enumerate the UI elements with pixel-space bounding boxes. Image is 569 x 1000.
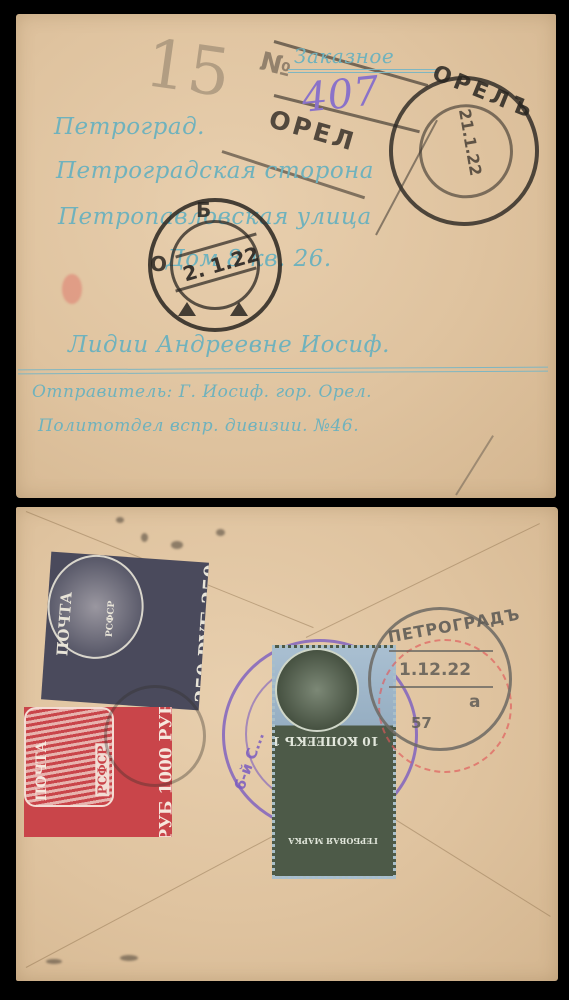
address-line-district: Петроградская сторона (56, 158, 374, 184)
postmark-orel-departure: 2. 1.22 О Б (148, 198, 282, 332)
registration-number: 407 (300, 68, 382, 122)
sender-line-1: Отправитель: Г. Иосиф. гор. Орел. (32, 382, 372, 402)
sender-divider (18, 367, 548, 371)
postmark-petrograd: ПЕТРОГРАДЪ 1.12.22 а 57 (368, 607, 512, 751)
registered-label: Заказное (294, 44, 394, 68)
sender-line-2: Политотдел вспр. дивизии. №46. (38, 416, 359, 436)
large-numeral: 15 (141, 24, 236, 112)
envelope-back: ПОЧТА 250 РУБ 250 РСФСР ПОЧТА РУБ 1000 Р… (16, 507, 558, 981)
stamp-250-rub: ПОЧТА 250 РУБ 250 РСФСР (41, 552, 209, 711)
envelope-front: 15 № ОРЕЛ Заказное 407 ОРЕЛЪ 21.1.22 Пет… (16, 14, 556, 498)
address-line-recipient: Лидии Андреевне Иосиф. (68, 332, 390, 358)
address-line-city: Петроград. (54, 114, 205, 140)
registration-number-mark: № (257, 47, 295, 84)
